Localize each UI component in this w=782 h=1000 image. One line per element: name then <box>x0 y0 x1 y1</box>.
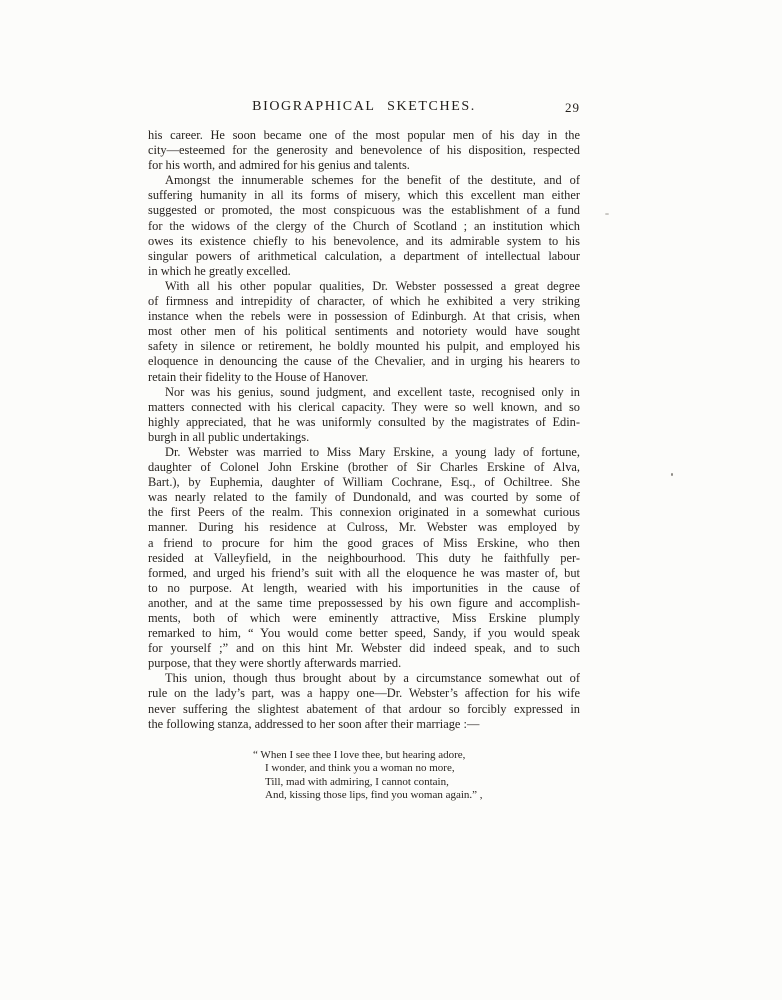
text-line: a friend to procure for him the good gra… <box>148 536 580 551</box>
poem-stanza: “ When I see thee I love thee, but heari… <box>148 749 580 803</box>
text-line: suffering humanity in all its forms of m… <box>148 188 580 203</box>
text-line: resided at Valleyfield, in the neighbour… <box>148 551 580 566</box>
text-line: the first Peers of the realm. This conne… <box>148 505 580 520</box>
text-line: Amongst the innumerable schemes for the … <box>148 173 580 188</box>
stanza-line: “ When I see thee I love thee, but heari… <box>253 749 580 762</box>
text-line: purpose, that they were shortly afterwar… <box>148 656 580 671</box>
text-line: Bart.), by Euphemia, daughter of William… <box>148 475 580 490</box>
page-number: 29 <box>565 100 580 116</box>
text-line: the following stanza, addressed to her s… <box>148 717 580 732</box>
scan-speck <box>605 213 609 215</box>
text-line: remarked to him, “ You would come better… <box>148 626 580 641</box>
text-line: never suffering the slightest abatement … <box>148 702 580 717</box>
text-line: burgh in all public undertakings. <box>148 430 580 445</box>
text-line: ments, both of which were eminently attr… <box>148 611 580 626</box>
stanza-line: And, kissing those lips, find you woman … <box>253 789 580 802</box>
page-title: BIOGRAPHICAL SKETCHES. <box>252 99 476 114</box>
text-line: to no purpose. At length, wearied with h… <box>148 581 580 596</box>
stanza-line: Till, mad with admiring, I cannot contai… <box>253 776 580 789</box>
text-line: manner. During his residence at Culross,… <box>148 520 580 535</box>
text-line: This union, though thus brought about by… <box>148 671 580 686</box>
text-line: daughter of Colonel John Erskine (brothe… <box>148 460 580 475</box>
text-line: Dr. Webster was married to Miss Mary Ers… <box>148 445 580 460</box>
text-line: highly appreciated, that he was uniforml… <box>148 415 580 430</box>
text-line: his career. He soon became one of the mo… <box>148 128 580 143</box>
text-line: another, and at the same time prepossess… <box>148 596 580 611</box>
text-line: Nor was his genius, sound judgment, and … <box>148 385 580 400</box>
text-line: was nearly related to the family of Dund… <box>148 490 580 505</box>
text-line: singular powers of arithmetical calculat… <box>148 249 580 264</box>
running-header: BIOGRAPHICAL SKETCHES. 29 <box>148 99 580 117</box>
stanza-line: I wonder, and think you a woman no more, <box>253 762 580 775</box>
text-line: rule on the lady’s part, was a happy one… <box>148 686 580 701</box>
text-line: for his worth, and admired for his geniu… <box>148 158 580 173</box>
text-line: owes its existence chiefly to his benevo… <box>148 234 580 249</box>
text-line: suggested or promoted, the most conspicu… <box>148 203 580 218</box>
body-text: his career. He soon became one of the mo… <box>148 128 580 732</box>
text-line: instance when the rebels were in possess… <box>148 309 580 324</box>
text-line: for yourself ;” and on this hint Mr. Web… <box>148 641 580 656</box>
text-line: for the widows of the clergy of the Chur… <box>148 219 580 234</box>
text-line: city—esteemed for the generosity and ben… <box>148 143 580 158</box>
text-line: eloquence in denouncing the cause of the… <box>148 354 580 369</box>
book-page: BIOGRAPHICAL SKETCHES. 29 his career. He… <box>0 0 782 1000</box>
text-line: retain their fidelity to the House of Ha… <box>148 370 580 385</box>
text-line: most other men of his political sentimen… <box>148 324 580 339</box>
scan-speck <box>671 473 673 476</box>
text-line: safety in silence or retirement, he bold… <box>148 339 580 354</box>
text-block: BIOGRAPHICAL SKETCHES. 29 his career. He… <box>148 99 580 802</box>
text-line: in which he greatly excelled. <box>148 264 580 279</box>
text-line: of firmness and intrepidity of character… <box>148 294 580 309</box>
text-line: With all his other popular qualities, Dr… <box>148 279 580 294</box>
text-line: formed, and urged his friend’s suit with… <box>148 566 580 581</box>
text-line: matters connected with his clerical capa… <box>148 400 580 415</box>
